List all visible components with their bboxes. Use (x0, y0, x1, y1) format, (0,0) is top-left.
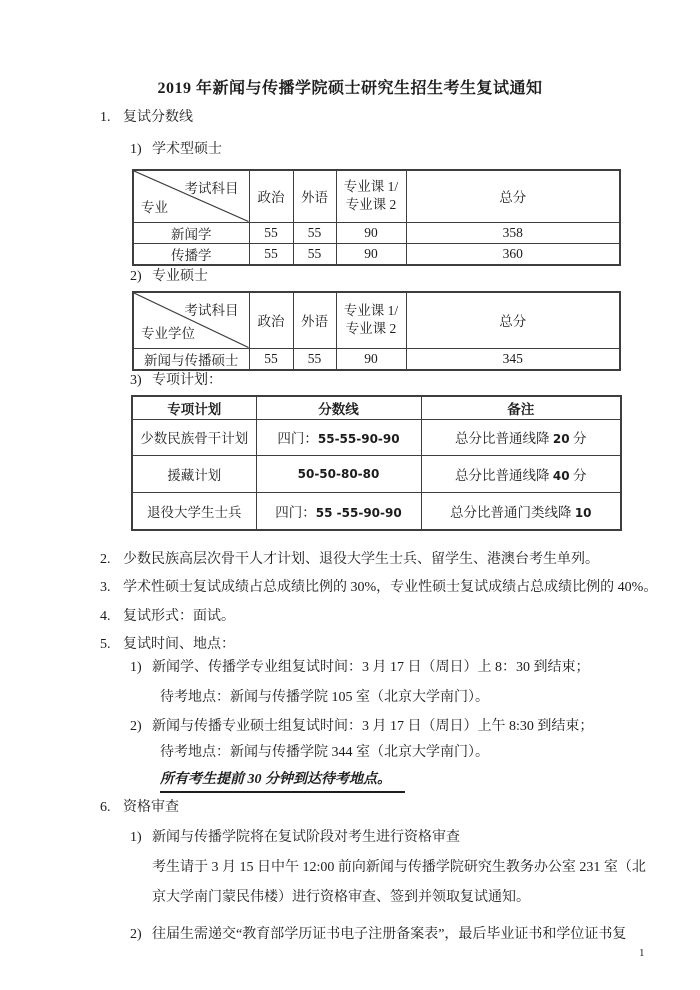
section-5-item-2: 2)新闻与传播专业硕士组复试时间：3 月 17 日（周日）上午 8:30 到结束… (130, 717, 593, 737)
corner-bottom-label: 专业 (141, 196, 168, 216)
section-4: 4.复试形式：面试。 (100, 607, 235, 627)
table-row: 新闻学 55 55 90 358 (133, 222, 620, 243)
column-header-major: 专业课 1/ 专业课 2 (336, 292, 406, 348)
corner-header-cell: 考试科目 专业学位 (133, 292, 249, 348)
remark-cell: 总分比普通线降 40 分 (421, 455, 621, 492)
scoreline-cell: 50-50-80-80 (256, 455, 421, 492)
table-row: 新闻与传播硕士 55 55 90 345 (133, 348, 620, 370)
table-row: 援藏计划 50-50-80-80 总分比普通线降 40 分 (132, 455, 621, 492)
item-number: 1) (130, 828, 152, 848)
score-numbers: 55 -55-90-90 (316, 506, 402, 520)
table-row: 退役大学生士兵 四门：55 -55-90-90 总分比普通门类线降 10 (132, 492, 621, 530)
remark-number: 40 (553, 469, 570, 483)
section-5: 5.复试时间、地点： (100, 635, 235, 655)
section-5-number: 5. (100, 635, 123, 655)
table-header-row: 考试科目 专业学位 政治 外语 专业课 1/ 专业课 2 总分 (133, 292, 620, 348)
major-score-cell: 90 (336, 222, 406, 243)
section-2-number: 2. (100, 550, 123, 570)
academic-masters-table: 考试科目 专业 政治 外语 专业课 1/ 专业课 2 总分 新闻学 55 55 … (132, 169, 621, 266)
score-numbers: 50-50-80-80 (298, 467, 380, 481)
plan-name-cell: 退役大学生士兵 (132, 492, 256, 530)
plan-name-cell: 援藏计划 (132, 455, 256, 492)
major-course-line2: 专业课 2 (337, 320, 406, 338)
item-number: 1) (130, 658, 152, 678)
score-numbers: 55-55-90-90 (318, 432, 400, 446)
major-name-cell: 新闻学 (133, 222, 249, 243)
table-row: 传播学 55 55 90 360 (133, 243, 620, 265)
table-header-row: 考试科目 专业 政治 外语 专业课 1/ 专业课 2 总分 (133, 170, 620, 222)
section-5-item-1-location: 待考地点：新闻与传播学院 105 室（北京大学南门）。 (160, 688, 489, 708)
politics-score-cell: 55 (249, 222, 293, 243)
table3-heading: 3)专项计划： (130, 371, 222, 391)
table2-label: 专业硕士 (152, 269, 208, 284)
item-number: 2) (130, 717, 152, 737)
plan-name-cell: 少数民族骨干计划 (132, 419, 256, 455)
column-header-foreign: 外语 (293, 292, 336, 348)
item-text: 新闻学、传播学专业组复试时间：3 月 17 日（周日）上 8：30 到结束； (152, 660, 590, 675)
column-header-politics: 政治 (249, 292, 293, 348)
remark-text: 总分比普通线降 (455, 431, 553, 446)
major-name-cell: 传播学 (133, 243, 249, 265)
table-row: 少数民族骨干计划 四门：55-55-90-90 总分比普通线降 20 分 (132, 419, 621, 455)
major-score-cell: 90 (336, 243, 406, 265)
politics-score-cell: 55 (249, 243, 293, 265)
section-5-text: 复试时间、地点： (123, 637, 235, 652)
major-course-line2: 专业课 2 (337, 196, 406, 214)
section-6-item-1-detail-line1: 考生请于 3 月 15 日中午 12:00 前向新闻与传播学院研究生教务办公室 … (152, 858, 646, 878)
corner-top-label: 考试科目 (185, 177, 239, 197)
score-prefix: 四门： (277, 431, 318, 446)
major-course-line1: 专业课 1/ (337, 178, 406, 196)
section-3: 3.学术性硕士复试成绩占总成绩比例的 30%，专业性硕士复试成绩占总成绩比例的 … (100, 578, 657, 598)
corner-bottom-label: 专业学位 (141, 322, 195, 342)
scoreline-cell: 四门：55 -55-90-90 (256, 492, 421, 530)
section-6-item-1-detail-line2: 京大学南门蒙民伟楼）进行资格审查、签到并领取复试通知。 (152, 888, 530, 908)
section-6-number: 6. (100, 798, 123, 818)
page-title: 2019 年新闻与传播学院硕士研究生招生考生复试通知 (0, 75, 700, 98)
major-course-line1: 专业课 1/ (337, 302, 406, 320)
corner-top-label: 考试科目 (185, 299, 239, 319)
special-programs-table: 专项计划 分数线 备注 少数民族骨干计划 四门：55-55-90-90 总分比普… (131, 395, 622, 531)
table3-number: 3) (130, 371, 152, 391)
page-number: 1 (639, 947, 645, 959)
foreign-score-cell: 55 (293, 222, 336, 243)
politics-score-cell: 55 (249, 348, 293, 370)
table2-heading: 2)专业硕士 (130, 267, 208, 287)
column-header-politics: 政治 (249, 170, 293, 222)
scoreline-cell: 四门：55-55-90-90 (256, 419, 421, 455)
professional-masters-table: 考试科目 专业学位 政治 外语 专业课 1/ 专业课 2 总分 新闻与传播硕士 … (132, 291, 621, 371)
column-header-foreign: 外语 (293, 170, 336, 222)
item-number: 2) (130, 925, 152, 945)
corner-header-cell: 考试科目 专业 (133, 170, 249, 222)
section-6: 6.资格审查 (100, 798, 179, 818)
section-3-text: 学术性硕士复试成绩占总成绩比例的 30%，专业性硕士复试成绩占总成绩比例的 40… (123, 580, 657, 595)
section-2: 2.少数民族高层次骨干人才计划、退役大学生士兵、留学生、港澳台考生单列。 (100, 550, 599, 570)
remark-number: 10 (575, 506, 592, 520)
remark-number: 20 (553, 432, 570, 446)
section-1-number: 1. (100, 108, 123, 128)
section-2-text: 少数民族高层次骨干人才计划、退役大学生士兵、留学生、港澳台考生单列。 (123, 552, 599, 567)
total-score-cell: 358 (406, 222, 620, 243)
table1-number: 1) (130, 140, 152, 160)
remark-text: 总分比普通线降 (455, 468, 553, 483)
remark-text: 总分比普通门类线降 (450, 505, 575, 520)
table2-number: 2) (130, 267, 152, 287)
remark-suffix: 分 (570, 431, 587, 446)
remark-cell: 总分比普通线降 20 分 (421, 419, 621, 455)
column-header-total: 总分 (406, 292, 620, 348)
column-header-scoreline: 分数线 (256, 396, 421, 419)
score-prefix: 四门： (275, 505, 316, 520)
item-text: 新闻与传播学院将在复试阶段对考生进行资格审查 (152, 830, 460, 845)
column-header-major: 专业课 1/ 专业课 2 (336, 170, 406, 222)
section-6-item-1: 1)新闻与传播学院将在复试阶段对考生进行资格审查 (130, 828, 460, 848)
section-6-item-2: 2)往届生需递交“教育部学历证书电子注册备案表”，最后毕业证书和学位证书复 (130, 925, 626, 945)
section-5-item-2-location: 待考地点：新闻与传播学院 344 室（北京大学南门）。 (160, 743, 489, 763)
column-header-remark: 备注 (421, 396, 621, 419)
major-name-cell: 新闻与传播硕士 (133, 348, 249, 370)
section-4-number: 4. (100, 607, 123, 627)
major-score-cell: 90 (336, 348, 406, 370)
column-header-total: 总分 (406, 170, 620, 222)
column-header-plan: 专项计划 (132, 396, 256, 419)
section-4-text: 复试形式：面试。 (123, 609, 235, 624)
section-1-heading: 1.复试分数线 (100, 108, 193, 128)
table1-label: 学术型硕士 (152, 142, 222, 157)
table3-label: 专项计划： (152, 373, 222, 388)
total-score-cell: 360 (406, 243, 620, 265)
arrival-note-text: 所有考生提前 30 分钟到达待考地点。 (160, 770, 405, 793)
section-5-note: 所有考生提前 30 分钟到达待考地点。 (160, 770, 405, 793)
remark-suffix: 分 (570, 468, 587, 483)
section-5-item-1: 1)新闻学、传播学专业组复试时间：3 月 17 日（周日）上 8：30 到结束； (130, 658, 590, 678)
section-6-text: 资格审查 (123, 800, 179, 815)
item-text: 往届生需递交“教育部学历证书电子注册备案表”，最后毕业证书和学位证书复 (152, 927, 626, 942)
foreign-score-cell: 55 (293, 348, 336, 370)
total-score-cell: 345 (406, 348, 620, 370)
remark-cell: 总分比普通门类线降 10 (421, 492, 621, 530)
foreign-score-cell: 55 (293, 243, 336, 265)
item-text: 新闻与传播专业硕士组复试时间：3 月 17 日（周日）上午 8:30 到结束； (152, 719, 593, 734)
section-1-label: 复试分数线 (123, 110, 193, 125)
table-header-row: 专项计划 分数线 备注 (132, 396, 621, 419)
document-page: 2019 年新闻与传播学院硕士研究生招生考生复试通知 1.复试分数线 1)学术型… (0, 0, 700, 990)
table1-heading: 1)学术型硕士 (130, 140, 222, 160)
section-3-number: 3. (100, 578, 123, 598)
